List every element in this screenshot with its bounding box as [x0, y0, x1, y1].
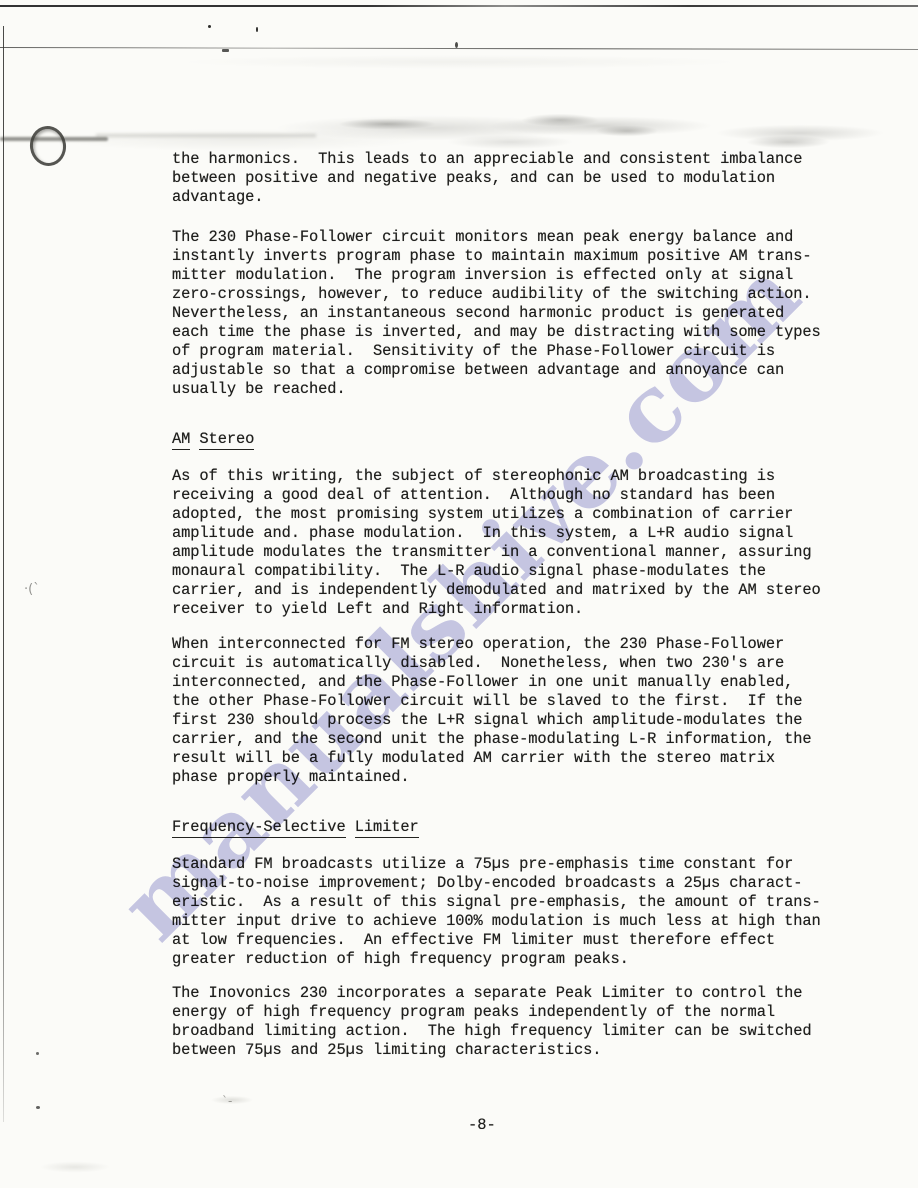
- text-line: adjustable so that a compromise between …: [172, 361, 821, 380]
- text-line: mitter input drive to achieve 100% modul…: [172, 912, 821, 931]
- text-line: The 230 Phase-Follower circuit monitors …: [172, 228, 821, 247]
- text-line: broadband limiting action. The high freq…: [172, 1022, 812, 1041]
- text-line: interconnected, and the Phase-Follower i…: [172, 673, 812, 692]
- paragraph-am-stereo-interconnect: When interconnected for FM stereo operat…: [172, 635, 812, 787]
- heading-word: AM: [172, 430, 190, 450]
- scan-streak: [0, 137, 108, 141]
- paragraph-harmonics: the harmonics. This leads to an apprecia…: [172, 150, 802, 207]
- text-line: greater reduction of high frequency prog…: [172, 950, 821, 969]
- text-line: advantage.: [172, 188, 802, 207]
- paragraph-limiter-preemphasis: Standard FM broadcasts utilize a 75µs pr…: [172, 855, 821, 969]
- text-line: result will be a fully modulated AM carr…: [172, 749, 812, 768]
- paragraph-limiter-peak: The Inovonics 230 incorporates a separat…: [172, 984, 812, 1060]
- text-line: receiving a good deal of attention. Alth…: [172, 486, 821, 505]
- scan-streak-faint: [96, 134, 316, 137]
- text-line: As of this writing, the subject of stere…: [172, 467, 821, 486]
- paragraph-phase-follower: The 230 Phase-Follower circuit monitors …: [172, 228, 821, 399]
- heading-word: Stereo: [199, 430, 254, 450]
- text-line: the harmonics. This leads to an apprecia…: [172, 150, 802, 169]
- ink-speck: [208, 25, 211, 28]
- left-edge-line: [3, 26, 4, 1122]
- text-line: zero-crossings, however, to reduce audib…: [172, 285, 821, 304]
- paragraph-am-stereo-overview: As of this writing, the subject of stere…: [172, 467, 821, 619]
- text-line: mitter modulation. The program inversion…: [172, 266, 821, 285]
- scanned-manual-page: ·(ˋ ˋ- manualshive.com the harmonics. Th…: [0, 0, 918, 1188]
- text-line: the other Phase-Follower circuit will be…: [172, 692, 812, 711]
- text-line: each time the phase is inverted, and may…: [172, 323, 821, 342]
- text-line: instantly inverts program phase to maint…: [172, 247, 821, 266]
- ink-speck: [222, 49, 229, 52]
- text-line: carrier, and is independently demodulate…: [172, 581, 821, 600]
- text-line: carrier, and the second unit the phase-m…: [172, 730, 812, 749]
- heading-am-stereo: AM Stereo: [172, 430, 254, 449]
- text-line: When interconnected for FM stereo operat…: [172, 635, 812, 654]
- text-line: phase properly maintained.: [172, 768, 812, 787]
- text-line: amplitude modulates the transmitter in a…: [172, 543, 821, 562]
- heading-frequency-selective-limiter: Frequency-Selective Limiter: [172, 818, 419, 837]
- header-rule-line: [0, 47, 918, 50]
- text-line: at low frequencies. An effective FM limi…: [172, 931, 821, 950]
- ink-speck: [36, 1106, 40, 1109]
- text-line: usually be reached.: [172, 380, 821, 399]
- text-line: monaural compatibility. The L-R audio si…: [172, 562, 821, 581]
- text-line: between positive and negative peaks, and…: [172, 169, 802, 188]
- ink-speck: [36, 1052, 39, 1055]
- text-line: receiver to yield Left and Right informa…: [172, 600, 821, 619]
- text-line: eristic. As a result of this signal pre-…: [172, 893, 821, 912]
- text-line: between 75µs and 25µs limiting character…: [172, 1041, 812, 1060]
- text-line: signal-to-noise improvement; Dolby-encod…: [172, 874, 821, 893]
- ink-speck: [455, 42, 458, 48]
- ink-speck: [256, 27, 258, 32]
- text-line: energy of high frequency program peaks i…: [172, 1003, 812, 1022]
- pencil-scribble: ˋ-: [222, 1094, 232, 1108]
- text-line: The Inovonics 230 incorporates a separat…: [172, 984, 812, 1003]
- text-line: Standard FM broadcasts utilize a 75µs pr…: [172, 855, 821, 874]
- page-number: -8-: [468, 1116, 496, 1134]
- top-edge-line: [0, 5, 918, 7]
- punch-hole-mark: [27, 124, 68, 169]
- heading-word: Limiter: [355, 818, 419, 838]
- heading-word: Frequency-Selective: [172, 818, 346, 838]
- text-line: of program material. Sensitivity of the …: [172, 342, 821, 361]
- text-line: amplitude and. phase modulation. In this…: [172, 524, 821, 543]
- text-line: adopted, the most promising system utili…: [172, 505, 821, 524]
- text-line: Nevertheless, an instantaneous second ha…: [172, 304, 821, 323]
- text-line: circuit is automatically disabled. Nonet…: [172, 654, 812, 673]
- pencil-scribble: ·(ˋ: [24, 582, 66, 610]
- text-line: first 230 should process the L+R signal …: [172, 711, 812, 730]
